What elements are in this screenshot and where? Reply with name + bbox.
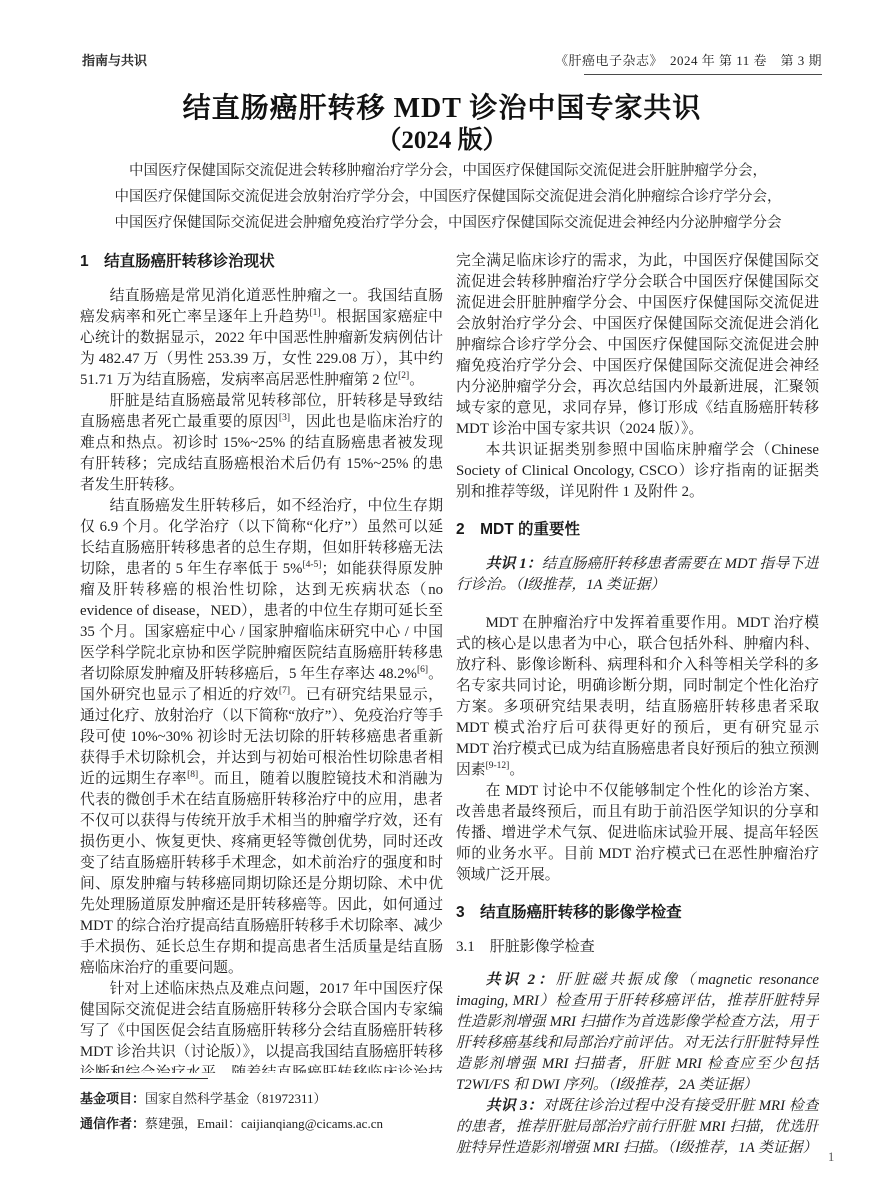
affiliation-line: 中国医疗保健国际交流促进会转移肿瘤治疗学分会，中国医疗保健国际交流促进会肝脏肿瘤… [70, 158, 826, 184]
fund-label: 基金项目： [80, 1091, 145, 1106]
corresponding-author-text: 蔡建强，Email：caijianqiang@cicams.ac.cn [145, 1116, 383, 1131]
consensus-3: 共识 3：对既往诊治过程中没有接受肝脏 MRI 检查的患者，推荐肝脏局部治疗前行… [456, 1096, 819, 1156]
author-affiliations: 中国医疗保健国际交流促进会转移肿瘤治疗学分会，中国医疗保健国际交流促进会肝脏肿瘤… [70, 158, 826, 236]
running-head-section-label: 指南与共识 [82, 50, 147, 69]
running-head-rule [584, 74, 822, 75]
body-paragraph: 肝脏是结直肠癌最常见转移部位，肝转移是导致结直肠癌患者死亡最重要的原因[3]，因… [80, 391, 443, 496]
body-paragraph: 结直肠癌是常见消化道恶性肿瘤之一。我国结直肠癌发病率和死亡率呈逐年上升趋势[1]… [80, 286, 443, 391]
body-paragraph-continuation: 完全满足临床诊疗的需求，为此，中国医疗保健国际交流促进会转移肿瘤治疗学分会联合中… [456, 251, 819, 440]
section-1-heading: 1 结直肠癌肝转移诊治现状 [80, 251, 443, 272]
consensus-3-label: 共识 3： [486, 1098, 543, 1114]
affiliation-line: 中国医疗保健国际交流促进会放射治疗学分会，中国医疗保健国际交流促进会消化肿瘤综合… [70, 184, 826, 210]
section-2-heading: 2 MDT 的重要性 [456, 519, 819, 540]
corresponding-author-label: 通信作者： [80, 1116, 145, 1131]
journal-page: 指南与共识 《肝癌电子杂志》 2024 年 第 11 卷 第 3 期 结直肠癌肝… [0, 0, 884, 1200]
right-column: 完全满足临床诊疗的需求，为此，中国医疗保健国际交流促进会转移肿瘤治疗学分会联合中… [456, 251, 819, 1156]
body-paragraph: 在 MDT 讨论中不仅能够制定个性化的诊治方案、改善患者最终预后，而且有助于前沿… [456, 781, 819, 886]
left-column: 1 结直肠癌肝转移诊治现状 结直肠癌是常见消化道恶性肿瘤之一。我国结直肠癌发病率… [80, 251, 443, 1073]
fund-note: 基金项目：国家自然科学基金（81972311） [80, 1086, 443, 1111]
corresponding-author-note: 通信作者：蔡建强，Email：caijianqiang@cicams.ac.cn [80, 1111, 443, 1136]
first-page-footnote: 基金项目：国家自然科学基金（81972311） 通信作者：蔡建强，Email：c… [80, 1078, 443, 1136]
page-number: 1 [828, 1150, 834, 1165]
section-3-heading: 3 结直肠癌肝转移的影像学检查 [456, 902, 819, 923]
consensus-2: 共识 2：肝脏磁共振成像（magnetic resonance imaging,… [456, 970, 819, 1096]
article-subtitle: （2024 版） [0, 120, 884, 156]
running-head-journal-info: 《肝癌电子杂志》 2024 年 第 11 卷 第 3 期 [555, 50, 822, 69]
consensus-2-text: 肝脏磁共振成像（magnetic resonance imaging, MRI）… [456, 972, 819, 1093]
body-paragraph: 结直肠癌发生肝转移后，如不经治疗，中位生存期仅 6.9 个月。化学治疗（以下简称… [80, 496, 443, 979]
consensus-1-label: 共识 1： [486, 556, 542, 572]
affiliation-line: 中国医疗保健国际交流促进会肿瘤免疫治疗学分会，中国医疗保健国际交流促进会神经内分… [70, 210, 826, 236]
body-paragraph: 针对上述临床热点及难点问题，2017 年中国医疗保健国际交流促进会结直肠癌肝转移… [80, 979, 443, 1073]
consensus-2-label: 共识 2： [486, 972, 556, 988]
body-paragraph: MDT 在肿瘤治疗中发挥着重要作用。MDT 治疗模式的核心是以患者为中心，联合包… [456, 613, 819, 781]
consensus-1: 共识 1：结直肠癌肝转移患者需要在 MDT 指导下进行诊治。（Ⅰ级推荐，1A 类… [456, 554, 819, 596]
body-paragraph: 本共识证据类别参照中国临床肿瘤学会（Chinese Society of Cli… [456, 440, 819, 503]
fund-text: 国家自然科学基金（81972311） [145, 1091, 327, 1106]
footnote-rule [80, 1078, 208, 1079]
section-3-1-heading: 3.1 肝脏影像学检查 [456, 937, 819, 958]
